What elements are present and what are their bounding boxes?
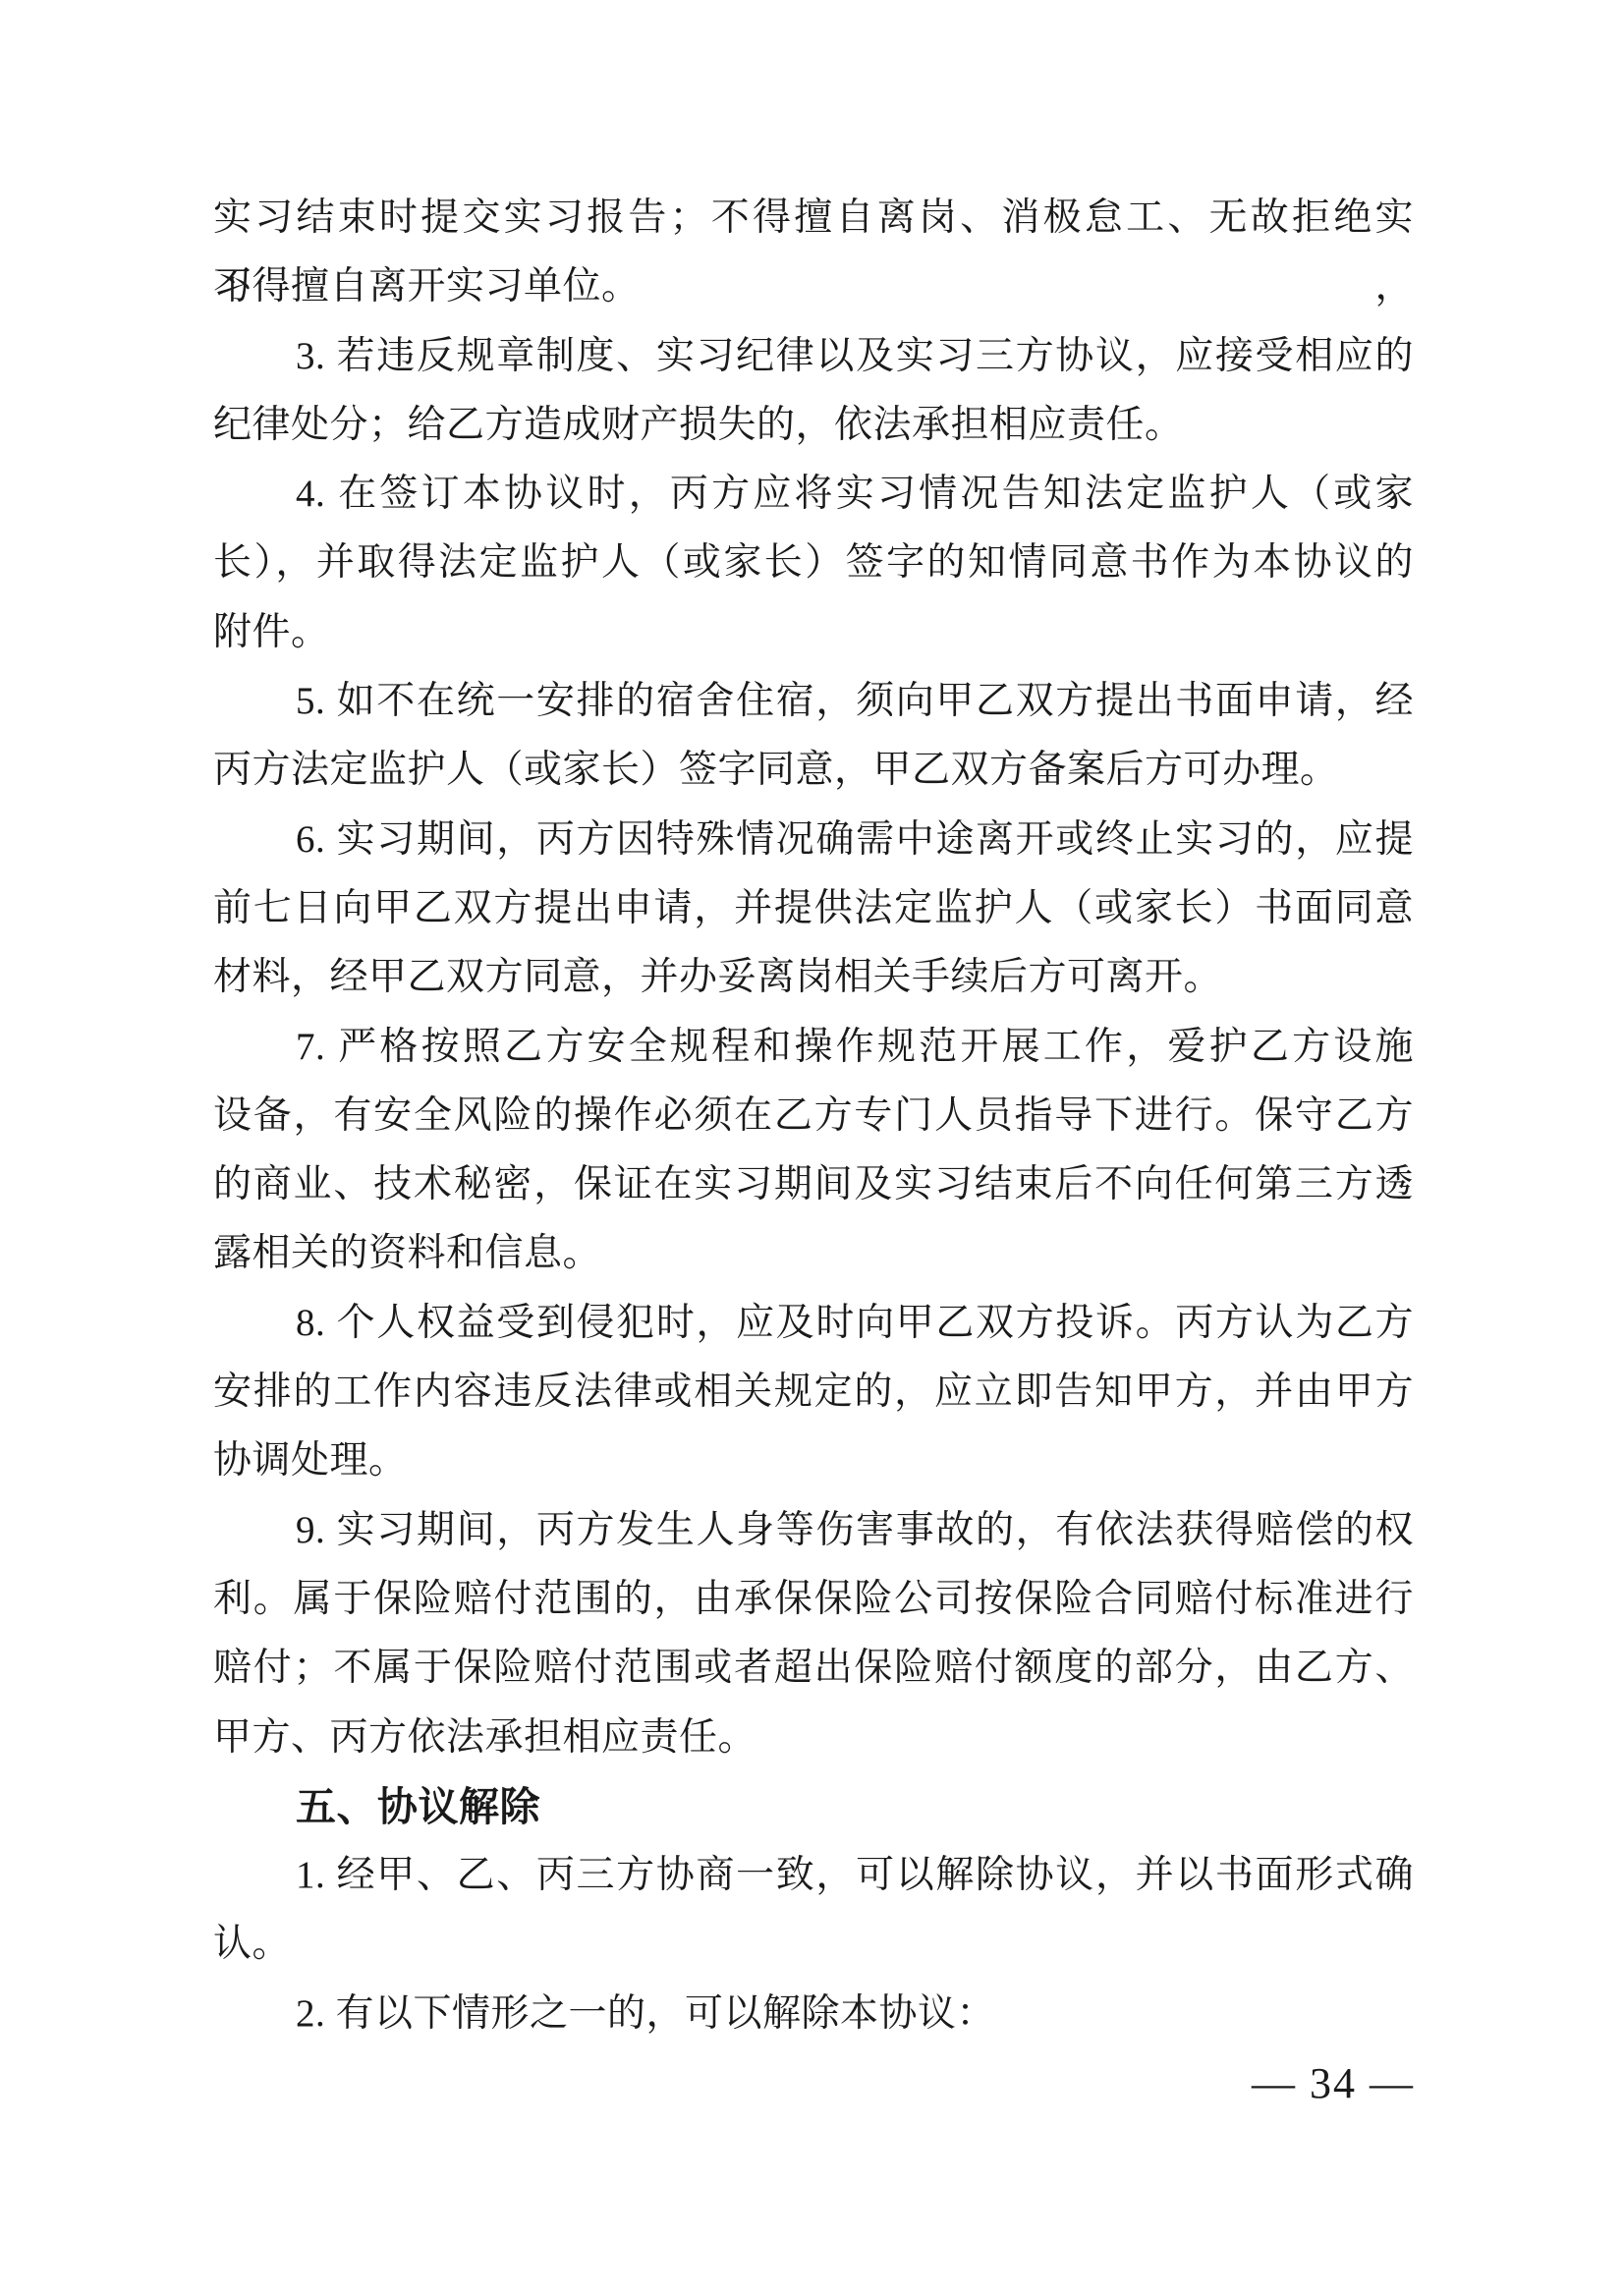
text-line: 前七日向甲乙双方提出申请，并提供法定监护人（或家长）书面同意 [213,874,1414,943]
document-content: 实习结束时提交实习报告；不得擅自离岗、消极怠工、无故拒绝实习，不得擅自离开实习单… [213,184,1414,2048]
text-line: 协调处理。 [213,1427,1414,1495]
text-line: 2. 有以下情形之一的，可以解除本协议： [213,1980,1414,2048]
text-line: 材料，经甲乙双方同意，并办妥离岗相关手续后方可离开。 [213,943,1414,1012]
text-line: 实习结束时提交实习报告；不得擅自离岗、消极怠工、无故拒绝实习， [213,184,1414,252]
text-line: 丙方法定监护人（或家长）签字同意，甲乙双方备案后方可办理。 [213,736,1414,805]
page-number: — 34 — [1252,2059,1415,2108]
text-line: 的商业、技术秘密，保证在实习期间及实习结束后不向任何第三方透 [213,1150,1414,1219]
text-line: 利。属于保险赔付范围的，由承保保险公司按保险合同赔付标准进行 [213,1565,1414,1634]
text-line: 1. 经甲、乙、丙三方协商一致，可以解除协议，并以书面形式确 [213,1841,1414,1910]
text-line: 纪律处分；给乙方造成财产损失的，依法承担相应责任。 [213,391,1414,460]
text-line: 3. 若违反规章制度、实习纪律以及实习三方协议，应接受相应的 [213,322,1414,391]
text-line: 设备，有安全风险的操作必须在乙方专门人员指导下进行。保守乙方 [213,1082,1414,1150]
text-line: 6. 实习期间，丙方因特殊情况确需中途离开或终止实习的，应提 [213,806,1414,874]
text-line: 认。 [213,1910,1414,1979]
text-line: 安排的工作内容违反法律或相关规定的，应立即告知甲方，并由甲方 [213,1358,1414,1427]
section-heading: 五、协议解除 [213,1772,1414,1841]
text-line: 赔付；不属于保险赔付范围或者超出保险赔付额度的部分，由乙方、 [213,1634,1414,1703]
text-line: 8. 个人权益受到侵犯时，应及时向甲乙双方投诉。丙方认为乙方 [213,1289,1414,1358]
text-line: 甲方、丙方依法承担相应责任。 [213,1704,1414,1772]
text-line: 5. 如不在统一安排的宿舍住宿，须向甲乙双方提出书面申请，经 [213,667,1414,736]
text-line: 9. 实习期间，丙方发生人身等伤害事故的，有依法获得赔偿的权 [213,1496,1414,1565]
text-line: 长），并取得法定监护人（或家长）签字的知情同意书作为本协议的 [213,529,1414,597]
text-line: 4. 在签订本协议时，丙方应将实习情况告知法定监护人（或家 [213,460,1414,529]
text-line: 露相关的资料和信息。 [213,1219,1414,1288]
text-line: 附件。 [213,598,1414,667]
text-line: 7. 严格按照乙方安全规程和操作规范开展工作，爱护乙方设施 [213,1013,1414,1082]
document-page: 实习结束时提交实习报告；不得擅自离岗、消极怠工、无故拒绝实习，不得擅自离开实习单… [0,0,1624,2296]
